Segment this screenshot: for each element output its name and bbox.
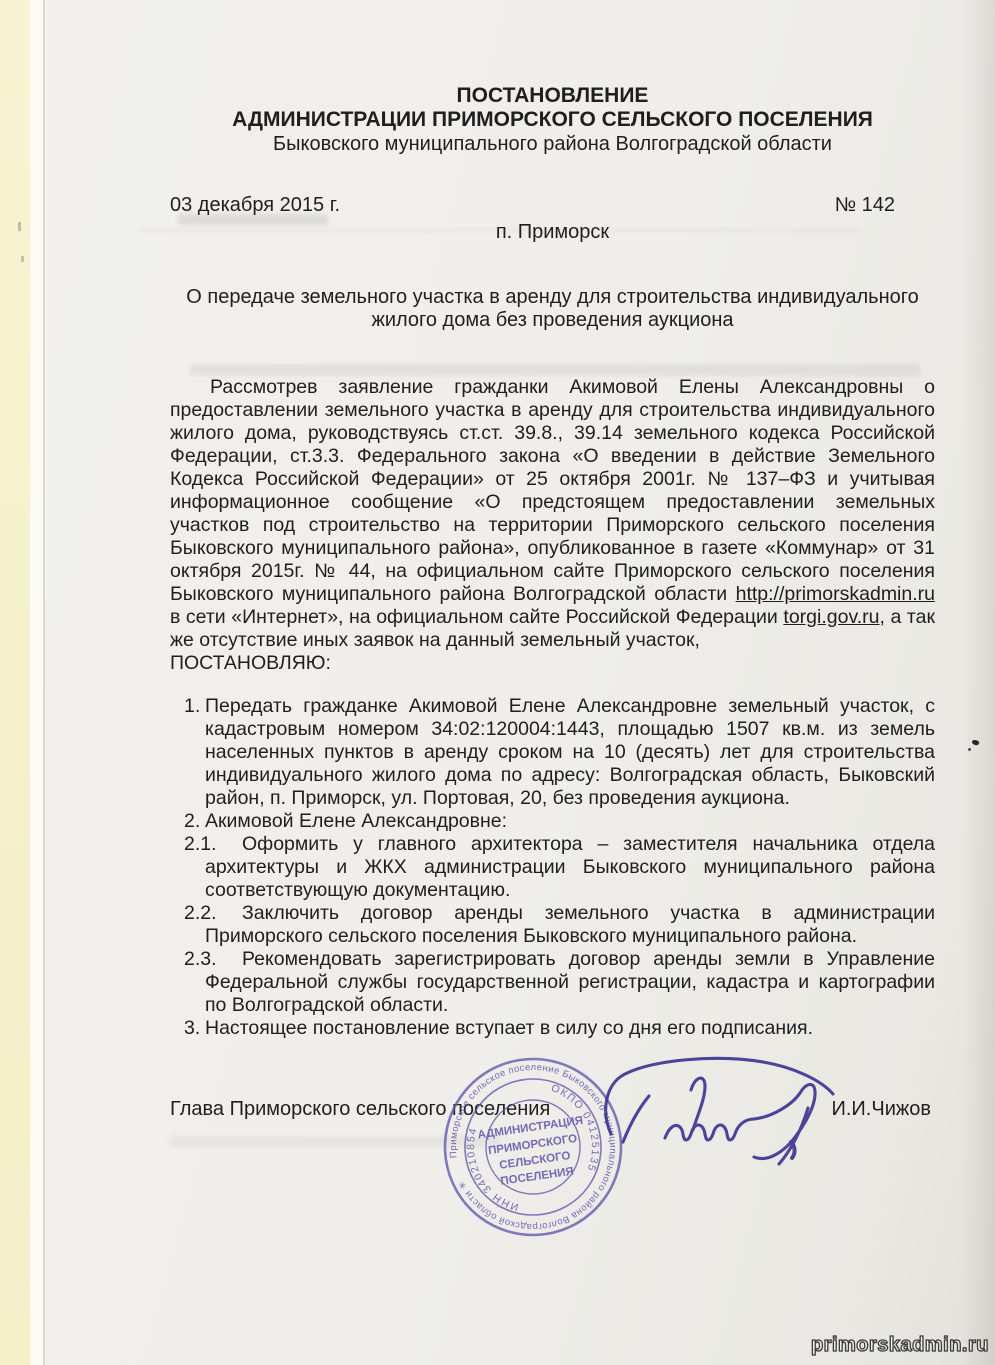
scanned-document-page: ПОСТАНОВЛЕНИЕ АДМИНИСТРАЦИИ ПРИМОРСКОГО …: [0, 0, 995, 1365]
scan-right-shadow: [961, 0, 995, 1365]
date-number-row: 03 декабря 2015 г. № 142: [170, 194, 935, 217]
list-item: 2. Акимовой Елене Александровне:: [170, 810, 935, 833]
preamble-text-2: в сети «Интернет», на официальном сайте …: [170, 606, 783, 628]
item-text: Оформить у главного архитектора – замест…: [205, 833, 935, 902]
subject-line-1: О передаче земельного участка в аренду д…: [170, 286, 935, 309]
item-text: Заключить договор аренды земельного учас…: [205, 902, 935, 948]
item-number: 2.: [184, 810, 200, 833]
item-number: 2.3.: [184, 948, 217, 971]
document-date: 03 декабря 2015 г.: [170, 194, 340, 217]
document-body: ПОСТАНОВЛЕНИЕ АДМИНИСТРАЦИИ ПРИМОРСКОГО …: [170, 84, 935, 1121]
ink-speck: [968, 748, 971, 751]
item-text: Рекомендовать зарегистрировать договор а…: [205, 948, 935, 1017]
title-line-2: АДМИНИСТРАЦИИ ПРИМОРСКОГО СЕЛЬСКОГО ПОСЕ…: [170, 108, 935, 132]
site-watermark: primorskadmin.ru: [811, 1334, 989, 1357]
title-line-3: Быковского муниципального района Волгогр…: [170, 132, 935, 156]
item-text: Передать гражданке Акимовой Елене Алекса…: [205, 695, 935, 809]
item-text: Акимовой Елене Александровне:: [205, 810, 507, 832]
document-number: № 142: [835, 194, 895, 217]
list-item: 3. Настоящее постановление вступает в си…: [170, 1017, 935, 1040]
preamble-text-1: Рассмотрев заявление гражданки Акимовой …: [170, 376, 935, 605]
edge-mark: [18, 222, 21, 231]
link-torgi[interactable]: torgi.gov.ru: [783, 606, 879, 628]
list-item: 2.2. Заключить договор аренды земельного…: [170, 902, 935, 948]
signatory-name: И.И.Чижов: [832, 1098, 932, 1121]
list-item: 1. Передать гражданке Акимовой Елене Але…: [170, 695, 935, 810]
item-number: 3.: [184, 1017, 200, 1040]
document-title-block: ПОСТАНОВЛЕНИЕ АДМИНИСТРАЦИИ ПРИМОРСКОГО …: [170, 84, 935, 156]
item-number: 1.: [184, 695, 200, 718]
handwritten-signature: [595, 1050, 845, 1180]
document-place: п. Приморск: [170, 221, 935, 244]
link-primorskadmin[interactable]: http://primorskadmin.ru: [736, 583, 935, 605]
list-item: 2.3. Рекомендовать зарегистрировать дого…: [170, 948, 935, 1017]
item-text: Настоящее постановление вступает в силу …: [205, 1017, 813, 1039]
document-subject: О передаче земельного участка в аренду д…: [170, 286, 935, 332]
subject-line-2: жилого дома без проведения аукциона: [170, 309, 935, 332]
list-item: 2.1. Оформить у главного архитектора – з…: [170, 833, 935, 902]
preamble-paragraph: Рассмотрев заявление гражданки Акимовой …: [170, 376, 935, 652]
scan-edge-seam: [43, 0, 45, 1365]
resolution-word: ПОСТАНОВЛЯЮ:: [170, 652, 935, 675]
scan-edge-sliver: [30, 0, 43, 1365]
item-number: 2.2.: [184, 902, 217, 925]
scan-edge-strip: [0, 0, 30, 1365]
edge-mark: [21, 256, 24, 262]
item-number: 2.1.: [184, 833, 217, 856]
title-line-1: ПОСТАНОВЛЕНИЕ: [170, 84, 935, 108]
resolution-items: 1. Передать гражданке Акимовой Елене Але…: [170, 695, 935, 1040]
